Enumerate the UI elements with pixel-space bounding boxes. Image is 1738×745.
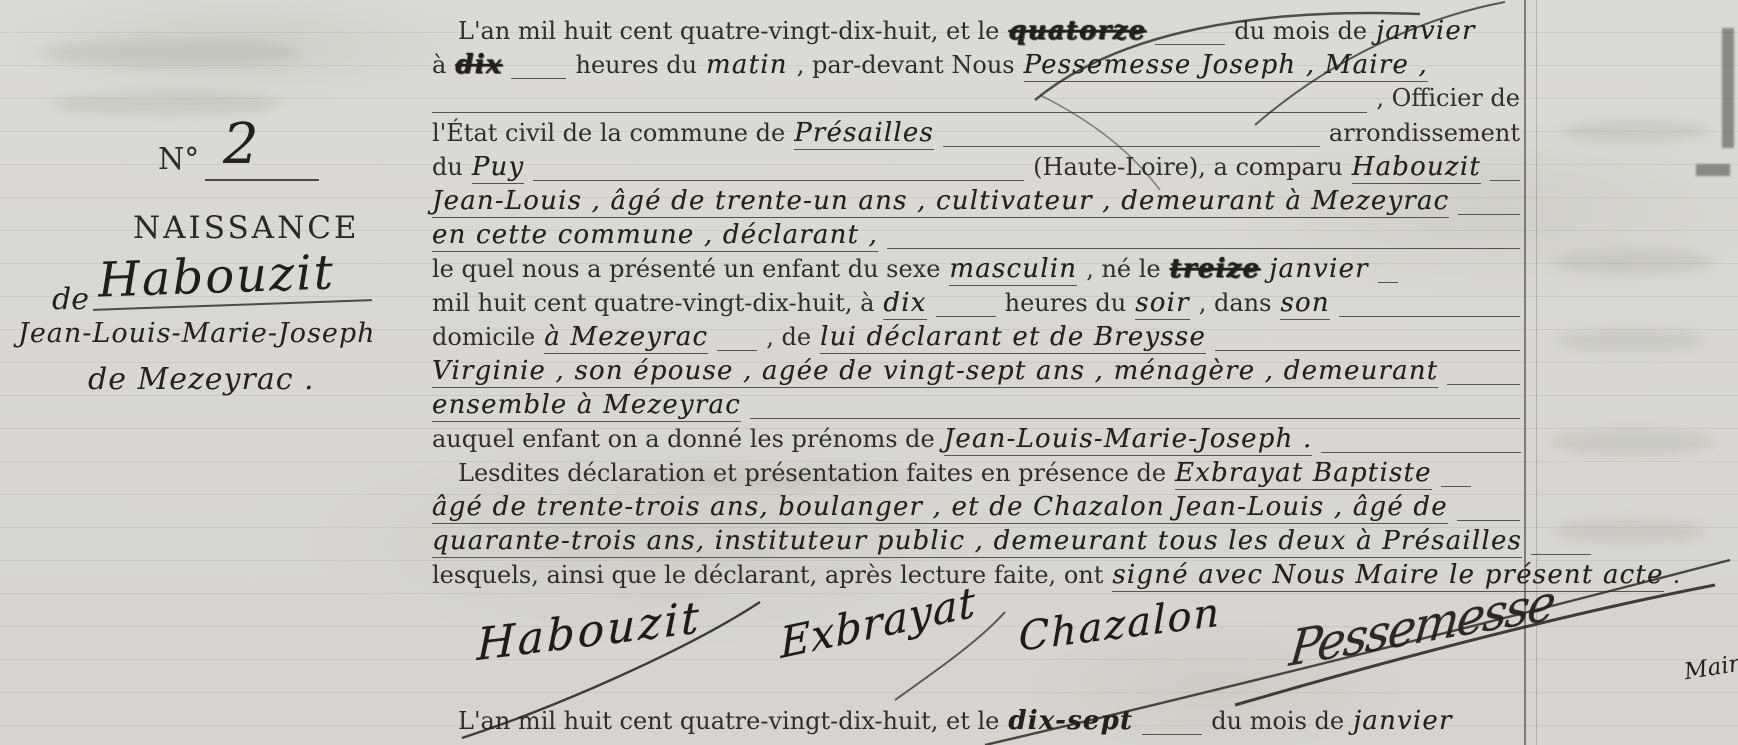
blank-rule: [533, 164, 1024, 181]
text-segment: lesquels, ainsi que le déclarant, après …: [432, 561, 1103, 589]
bleed-through-smudge: [1560, 120, 1710, 142]
margin-de-label: de: [52, 282, 89, 317]
text-segment: signé avec Nous Maire le présent acte: [1112, 560, 1663, 592]
document-line: duPuy(Haute-Loire), a comparuHabouzit: [432, 152, 1520, 186]
blank-rule: [1458, 198, 1520, 215]
blank-rule: [1490, 164, 1520, 181]
blank-rule: [936, 300, 996, 317]
document-line: quarante-trois ans, instituteur public ,…: [432, 526, 1520, 560]
text-segment: , par-devant Nous: [797, 51, 1015, 79]
text-segment: soir: [1135, 288, 1190, 320]
text-segment: arrondissement: [1329, 119, 1520, 147]
document-line: auquel enfant on a donné les prénoms deJ…: [432, 424, 1520, 458]
text-segment: quatorze: [1008, 16, 1146, 46]
signature-habouzit: Habouzit: [476, 592, 702, 671]
blank-rule: [1321, 436, 1521, 453]
text-segment: , dans: [1199, 289, 1272, 317]
text-segment: à Mezeyrac: [544, 322, 708, 354]
text-segment: treize: [1170, 254, 1261, 284]
ink-corner-mark: [1696, 164, 1730, 176]
document-line: Jean-Louis , âgé de trente-un ans , cult…: [432, 186, 1520, 220]
text-segment: masculin: [949, 254, 1077, 286]
blank-rule: [511, 62, 566, 79]
blank-rule: [1378, 266, 1398, 283]
signatures-row: Habouzit Exbrayat Chazalon Pessemesse Ma…: [432, 592, 1738, 704]
document-line: L'an mil huit cent quatre-vingt-dix-huit…: [432, 16, 1520, 50]
blank-rule: [943, 130, 1320, 147]
blank-rule: [1142, 718, 1202, 735]
bleed-through-smudge: [1555, 330, 1705, 352]
act-number-label: N°: [158, 142, 199, 177]
document-line: l'État civil de la commune dePrésaillesa…: [432, 118, 1520, 152]
text-segment: L'an mil huit cent quatre-vingt-dix-huit…: [458, 707, 999, 735]
act-body: L'an mil huit cent quatre-vingt-dix-huit…: [432, 16, 1520, 594]
text-segment: dix: [455, 50, 502, 80]
text-segment: L'an mil huit cent quatre-vingt-dix-huit…: [458, 17, 999, 45]
text-segment: ensemble à Mezeyrac: [432, 390, 741, 422]
text-segment: Exbrayat Baptiste: [1175, 458, 1432, 490]
text-segment: dix-sept: [1008, 706, 1133, 736]
text-segment: âgé de trente-trois ans, boulanger , et …: [432, 492, 1448, 524]
mayor-title: Maire: [1682, 649, 1738, 686]
blank-rule: [1215, 334, 1520, 351]
text-segment: Habouzit: [1352, 152, 1481, 184]
text-segment: mil huit cent quatre-vingt-dix-huit, à: [432, 289, 874, 317]
text-segment: auquel enfant on a donné les prénoms de: [432, 425, 935, 453]
text-segment: Lesdites déclaration et présentation fai…: [458, 459, 1166, 487]
next-act-start: L'an mil huit cent quatre-vingt-dix-huit…: [432, 706, 1520, 740]
register-margin: N° 2 NAISSANCE de Habouzit Jean-Louis-Ma…: [0, 0, 430, 745]
text-segment: le quel nous a présenté un enfant du sex…: [432, 255, 940, 283]
bleed-through-smudge: [1555, 250, 1715, 274]
text-segment: janvier: [1376, 16, 1476, 46]
text-segment: domicile: [432, 323, 535, 351]
bleed-through-smudge: [1550, 430, 1715, 454]
document-line: L'an mil huit cent quatre-vingt-dix-huit…: [432, 706, 1520, 740]
text-segment: Pessemesse Joseph , Maire ,: [1024, 50, 1428, 82]
text-segment: , né le: [1086, 255, 1160, 283]
signature-chazalon: Chazalon: [1018, 589, 1221, 660]
text-segment: , de: [766, 323, 811, 351]
text-segment: matin: [706, 50, 788, 80]
record-type-heading: NAISSANCE: [133, 210, 360, 246]
document-line: en cette commune , déclarant ,: [432, 220, 1520, 254]
margin-origin: de Mezeyrac .: [88, 362, 315, 397]
text-segment: Jean-Louis , âgé de trente-un ans , cult…: [432, 186, 1449, 218]
blank-rule: [1531, 538, 1591, 555]
text-segment: heures du: [1005, 289, 1127, 317]
text-segment: , Officier de: [1376, 84, 1520, 112]
text-segment: du mois de: [1234, 17, 1367, 45]
document-line: ensemble à Mezeyrac: [432, 390, 1520, 424]
document-line: Lesdites déclaration et présentation fai…: [432, 458, 1520, 492]
text-segment: Présailles: [794, 118, 934, 150]
text-segment: janvier: [1353, 706, 1453, 736]
ink-corner-mark: [1722, 28, 1734, 148]
text-segment: l'État civil de la commune de: [432, 119, 785, 147]
blank-rule: [750, 402, 1520, 419]
text-segment: Jean-Louis-Marie-Joseph .: [944, 424, 1313, 456]
document-line: Virginie , son épouse , agée de vingt-se…: [432, 356, 1520, 390]
text-segment: dix: [883, 288, 926, 320]
birth-certificate-scan: N° 2 NAISSANCE de Habouzit Jean-Louis-Ma…: [0, 0, 1738, 745]
document-line: le quel nous a présenté un enfant du sex…: [432, 254, 1520, 288]
text-segment: janvier: [1269, 254, 1369, 284]
text-segment: .: [1673, 561, 1681, 589]
text-segment: lui déclarant et de Breysse: [820, 322, 1206, 354]
blank-rule: [717, 334, 757, 351]
document-line: , Officier de: [432, 84, 1520, 118]
blank-rule: [1339, 300, 1520, 317]
margin-surname: Habouzit: [91, 243, 372, 311]
document-line: mil huit cent quatre-vingt-dix-huit, àdi…: [432, 288, 1520, 322]
blank-rule: [432, 96, 1367, 113]
document-line: lesquels, ainsi que le déclarant, après …: [432, 560, 1520, 594]
act-number-value: 2: [205, 112, 319, 181]
document-line: àdixheures dumatin, par-devant NousPesse…: [432, 50, 1520, 84]
margin-given-names: Jean-Louis-Marie-Joseph: [18, 318, 376, 349]
blank-rule: [1441, 470, 1471, 487]
text-segment: du: [432, 153, 463, 181]
text-segment: (Haute-Loire), a comparu: [1033, 153, 1343, 181]
text-segment: en cette commune , déclarant ,: [432, 220, 878, 252]
text-segment: Virginie , son épouse , agée de vingt-se…: [432, 356, 1438, 388]
document-line: âgé de trente-trois ans, boulanger , et …: [432, 492, 1520, 526]
blank-rule: [1447, 368, 1520, 385]
blank-rule: [1457, 504, 1520, 521]
text-segment: du mois de: [1211, 707, 1344, 735]
blank-rule: [887, 232, 1520, 249]
text-segment: quarante-trois ans, instituteur public ,…: [432, 526, 1522, 558]
text-segment: à: [432, 51, 446, 79]
document-line: domicileà Mezeyrac, delui déclarant et d…: [432, 322, 1520, 356]
text-segment: Puy: [472, 152, 525, 184]
blank-rule: [1155, 28, 1225, 45]
text-segment: heures du: [575, 51, 697, 79]
text-segment: son: [1280, 288, 1329, 320]
